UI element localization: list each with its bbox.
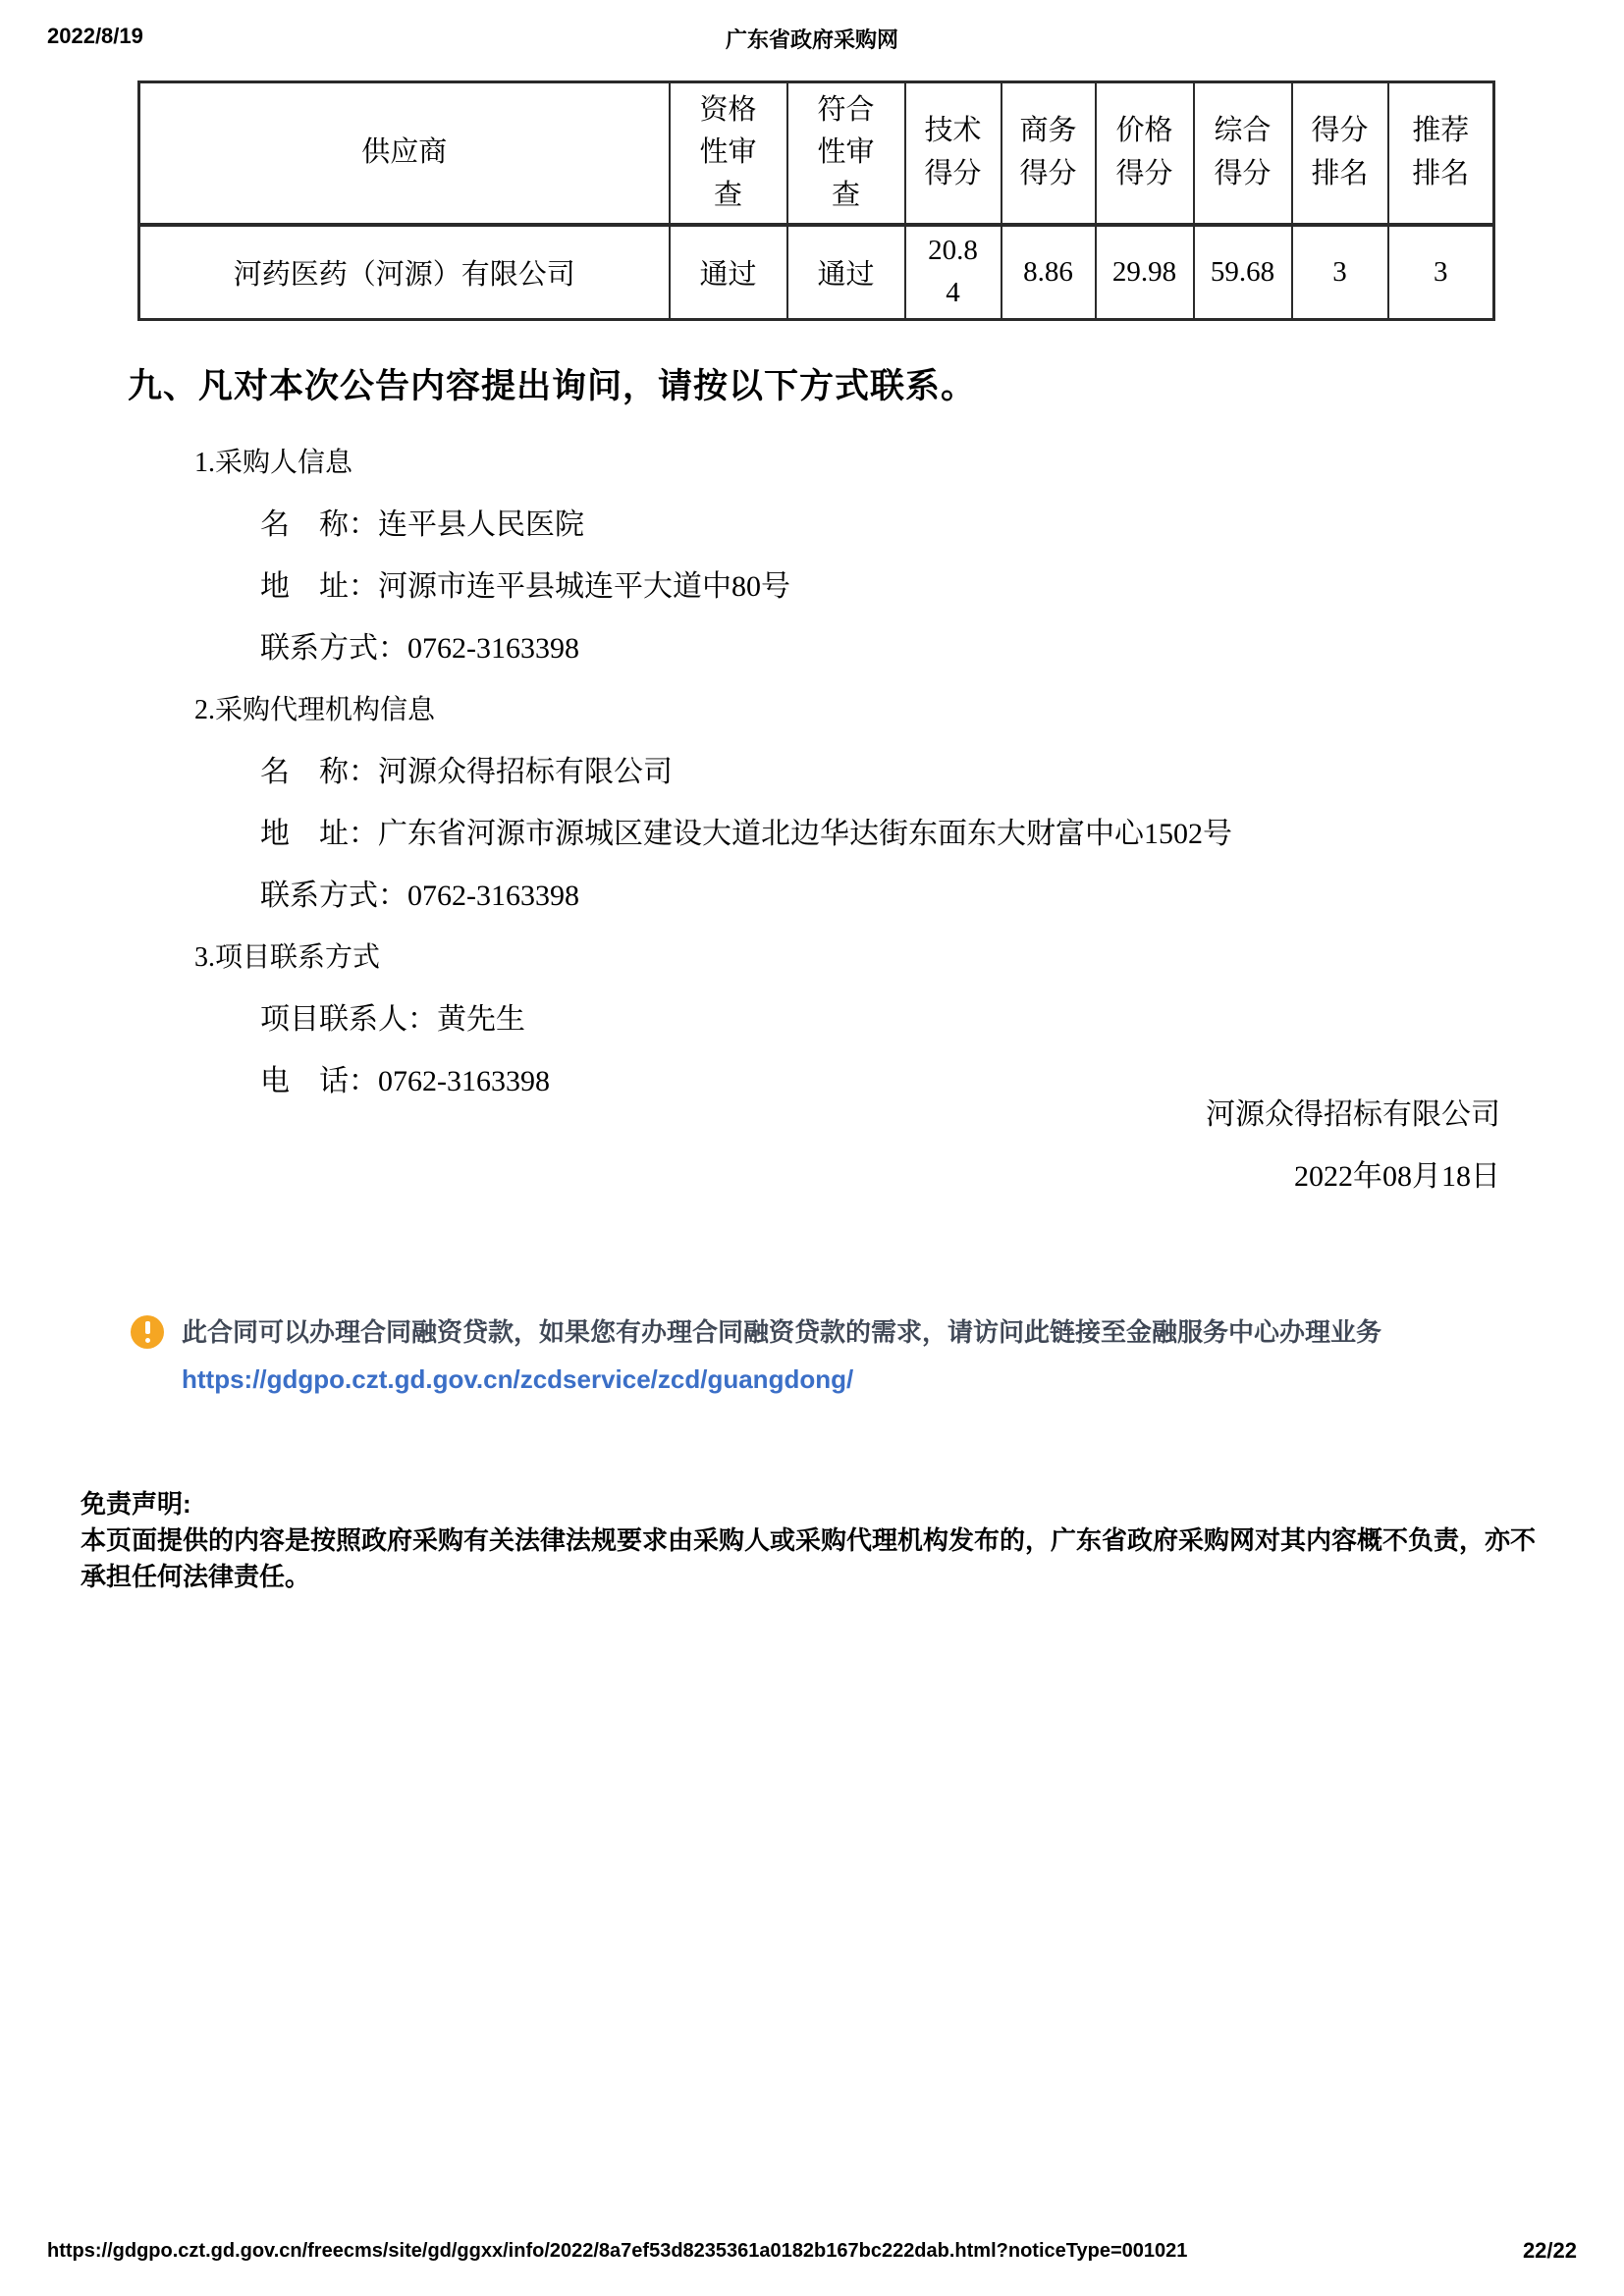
table-header-row: 供应商 资格性审查 符合性审查 技术得分 商务得分 价格得分 综合得分 得分排名…	[139, 82, 1494, 225]
col-recommend-rank: 推荐排名	[1388, 82, 1494, 225]
purchaser-name: 名 称：连平县人民医院	[0, 494, 1624, 556]
signature-block: 河源众得招标有限公司 2022年08月18日	[1206, 1084, 1500, 1207]
exclamation-circle-icon	[131, 1315, 164, 1349]
purchaser-info-title: 1.采购人信息	[0, 432, 1624, 494]
purchaser-contact: 联系方式：0762-3163398	[0, 617, 1624, 679]
col-business-score: 商务得分	[1001, 82, 1096, 225]
loan-notice-text: 此合同可以办理合同融资贷款，如果您有办理合同融资贷款的需求，请访问此链接至金融服…	[182, 1313, 1381, 1351]
col-supplier: 供应商	[139, 82, 670, 225]
site-title: 广东省政府采购网	[0, 24, 1624, 54]
cell-business-score: 8.86	[1001, 225, 1096, 320]
signature-company: 河源众得招标有限公司	[1206, 1084, 1500, 1146]
contact-info-block: 1.采购人信息 名 称：连平县人民医院 地 址：河源市连平县城连平大道中80号 …	[0, 432, 1624, 1112]
disclaimer-title: 免责声明:	[81, 1486, 1551, 1522]
agency-name: 名 称：河源众得招标有限公司	[0, 741, 1624, 803]
project-contact-title: 3.项目联系方式	[0, 927, 1624, 988]
col-technical-score: 技术得分	[905, 82, 1001, 225]
signature-date: 2022年08月18日	[1206, 1146, 1500, 1207]
col-qualification-review: 资格性审查	[670, 82, 787, 225]
cell-price-score: 29.98	[1096, 225, 1194, 320]
document-page: 2022/8/19 广东省政府采购网 供应商 资格性审查 符合性审查 技术得分 …	[0, 0, 1624, 2296]
print-footer-url: https://gdgpo.czt.gd.gov.cn/freecms/site…	[47, 2240, 1187, 2263]
cell-score-rank: 3	[1292, 225, 1388, 320]
agency-contact: 联系方式：0762-3163398	[0, 865, 1624, 927]
cell-supplier: 河药医药（河源）有限公司	[139, 225, 670, 320]
col-price-score: 价格得分	[1096, 82, 1194, 225]
table-row: 河药医药（河源）有限公司 通过 通过 20.84 8.86 29.98 59.6…	[139, 225, 1494, 320]
supplier-score-table: 供应商 资格性审查 符合性审查 技术得分 商务得分 价格得分 综合得分 得分排名…	[137, 80, 1495, 321]
purchaser-address: 地 址：河源市连平县城连平大道中80号	[0, 556, 1624, 617]
loan-notice-link[interactable]: https://gdgpo.czt.gd.gov.cn/zcdservice/z…	[182, 1364, 853, 1395]
project-contact-person: 项目联系人：黄先生	[0, 988, 1624, 1050]
loan-notice: 此合同可以办理合同融资贷款，如果您有办理合同融资贷款的需求，请访问此链接至金融服…	[131, 1313, 1446, 1395]
col-conformity-review: 符合性审查	[787, 82, 905, 225]
col-comprehensive-score: 综合得分	[1194, 82, 1292, 225]
agency-address: 地 址：广东省河源市源城区建设大道北边华达街东面东大财富中心1502号	[0, 803, 1624, 865]
cell-recommend-rank: 3	[1388, 225, 1494, 320]
section-nine-heading: 九、凡对本次公告内容提出询问，请按以下方式联系。	[128, 359, 976, 408]
cell-qualification-review: 通过	[670, 225, 787, 320]
agency-info-title: 2.采购代理机构信息	[0, 679, 1624, 741]
cell-comprehensive-score: 59.68	[1194, 225, 1292, 320]
disclaimer-block: 免责声明: 本页面提供的内容是按照政府采购有关法律法规要求由采购人或采购代理机构…	[81, 1486, 1551, 1595]
col-score-rank: 得分排名	[1292, 82, 1388, 225]
cell-conformity-review: 通过	[787, 225, 905, 320]
cell-technical-score: 20.84	[905, 225, 1001, 320]
disclaimer-body: 本页面提供的内容是按照政府采购有关法律法规要求由采购人或采购代理机构发布的，广东…	[81, 1525, 1536, 1591]
page-indicator: 22/22	[1523, 2238, 1577, 2264]
